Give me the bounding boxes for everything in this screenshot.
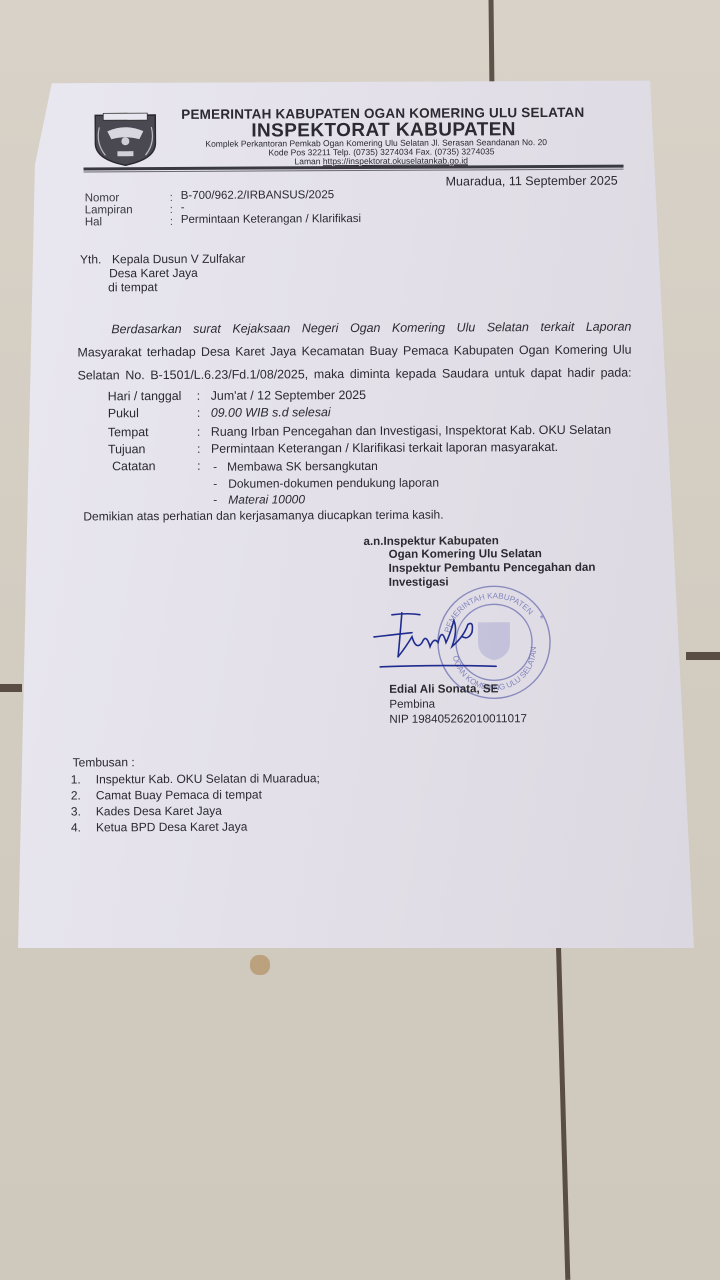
signatory-line1: a.n.Inspektur Kabupaten: [363, 534, 498, 548]
cc-item-number: 3.: [71, 804, 81, 818]
detail-colon: :: [197, 442, 201, 456]
detail-label-date: Hari / tanggal: [108, 389, 182, 403]
meta-label-nomor: Nomor: [85, 192, 120, 204]
svg-text:*: *: [540, 614, 544, 625]
meta-colon: :: [170, 192, 173, 204]
detail-label-notes: Catatan: [112, 459, 155, 473]
note-item: Dokumen-dokumen pendukung laporan: [228, 476, 439, 491]
body-line-3: Selatan No. B-1501/L.6.23/Fd.1/08/2025, …: [78, 366, 632, 383]
cc-item-number: 2.: [71, 788, 81, 802]
cc-item: Inspektur Kab. OKU Selatan di Muaradua;: [96, 771, 320, 786]
note-bullet: -: [213, 477, 217, 491]
handwritten-signature-icon: [372, 606, 512, 669]
detail-colon: :: [197, 459, 201, 473]
detail-value-time: 09.00 WIB s.d selesai: [211, 405, 331, 420]
detail-colon: :: [197, 425, 201, 439]
detail-value-purpose: Permintaan Keterangan / Klarifikasi terk…: [211, 440, 558, 456]
signatory-line3: Inspektur Pembantu Pencegahan dan: [389, 561, 596, 575]
official-letter: PEMERINTAH KABUPATEN OGAN KOMERING ULU S…: [0, 0, 720, 1280]
cc-item-number: 1.: [71, 772, 81, 786]
meta-colon: :: [170, 204, 173, 216]
meta-value-lampiran: -: [181, 202, 185, 214]
detail-value-place: Ruang Irban Pencegahan dan Investigasi, …: [211, 423, 611, 439]
detail-label-purpose: Tujuan: [108, 442, 146, 456]
meta-label-lampiran: Lampiran: [85, 204, 133, 216]
body-line-2: Masyarakat terhadap Desa Karet Jaya Keca…: [77, 343, 631, 360]
cc-item: Ketua BPD Desa Karet Jaya: [96, 820, 247, 835]
detail-colon: :: [197, 406, 201, 420]
meta-label-hal: Hal: [85, 216, 102, 228]
signatory-nip: NIP 198405262010011017: [389, 712, 527, 726]
closing-sentence: Demikian atas perhatian dan kerjasamanya…: [83, 508, 443, 524]
meta-value-nomor: B-700/962.2/IRBANSUS/2025: [181, 189, 334, 202]
signatory-rank: Pembina: [389, 698, 435, 711]
website-label: Laman: [294, 156, 320, 166]
cc-item: Camat Buay Pemaca di tempat: [96, 788, 262, 803]
note-bullet: -: [213, 460, 217, 474]
detail-colon: :: [197, 389, 201, 403]
detail-label-place: Tempat: [108, 425, 149, 439]
cc-title: Tembusan :: [73, 755, 135, 769]
recipient-line2: Desa Karet Jaya: [109, 266, 198, 280]
meta-colon: :: [170, 216, 173, 228]
note-item: Materai 10000: [228, 492, 305, 506]
letter-date: Muaradua, 11 September 2025: [446, 174, 618, 189]
recipient-line1: Kepala Dusun V Zulfakar: [112, 252, 245, 267]
cc-item: Kades Desa Karet Jaya: [96, 804, 222, 819]
signatory-line2: Ogan Komering Ulu Selatan: [389, 547, 542, 561]
meta-value-hal: Permintaan Keterangan / Klarifikasi: [181, 213, 361, 226]
body-line-1: Berdasarkan surat Kejaksaan Negeri Ogan …: [111, 320, 631, 337]
regency-emblem-icon: [89, 109, 161, 167]
cc-item-number: 4.: [71, 820, 81, 834]
detail-value-date: Jum'at / 12 September 2025: [211, 388, 366, 403]
recipient-prefix: Yth.: [80, 252, 101, 266]
note-item: Membawa SK bersangkutan: [227, 459, 378, 474]
detail-label-time: Pukul: [108, 406, 139, 420]
recipient-line3: di tempat: [108, 280, 157, 294]
note-bullet: -: [213, 493, 217, 507]
signatory-name: Edial Ali Sonata, SE: [389, 682, 498, 696]
